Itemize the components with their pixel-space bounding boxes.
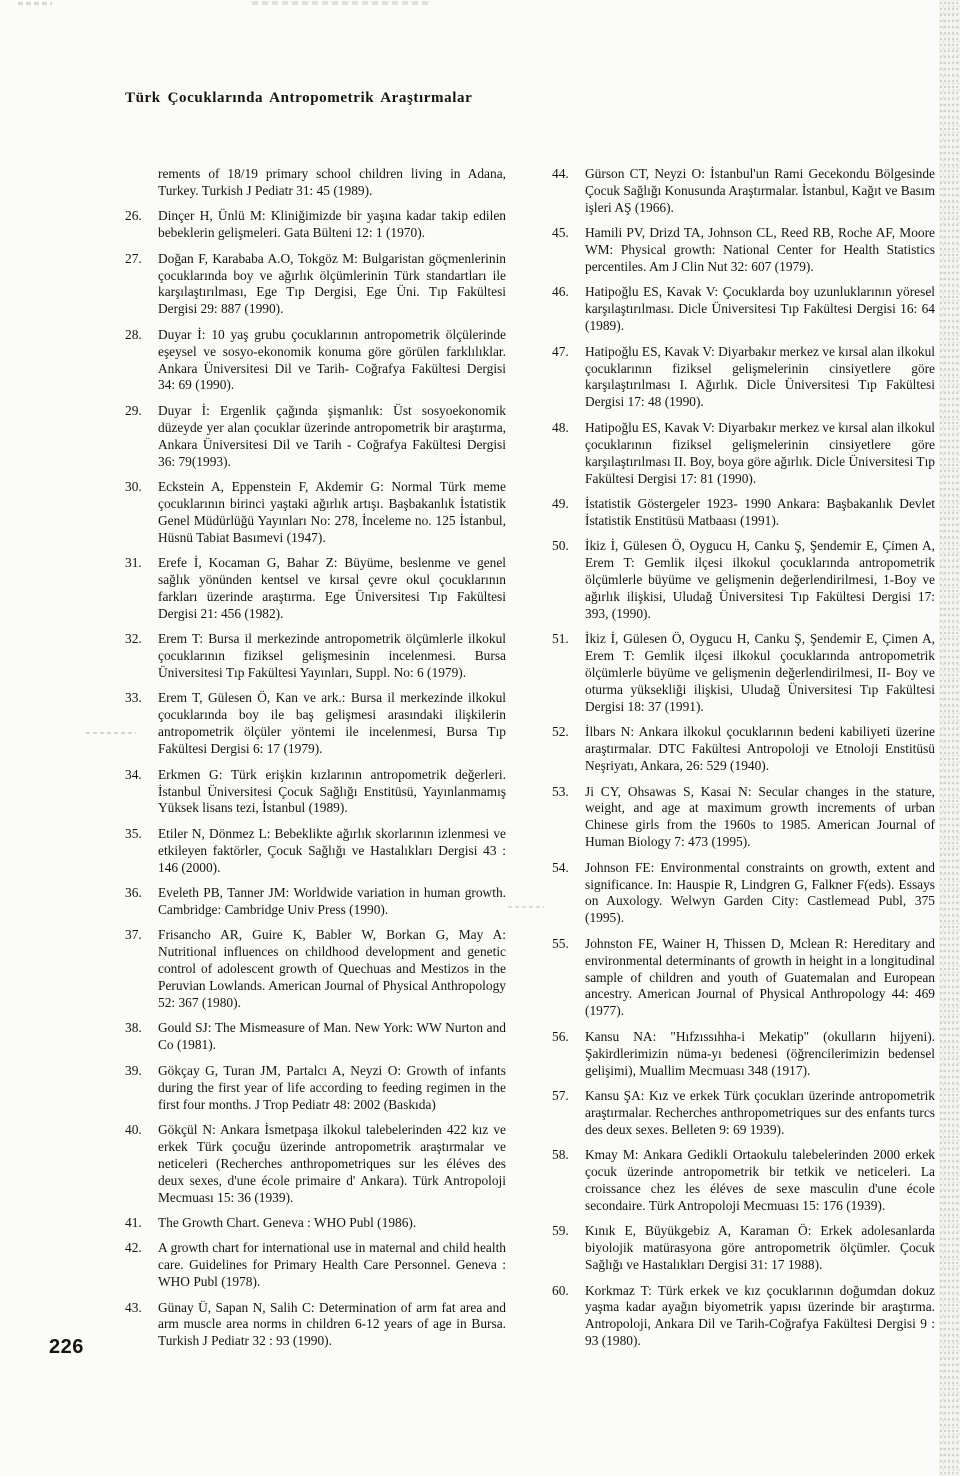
reference-item: 34. Erkmen G: Türk erişkin kızlarının an… <box>125 767 506 818</box>
reference-item: 40. Gökçül N: Ankara İsmetpaşa ilkokul t… <box>125 1122 506 1207</box>
reference-number: 32. <box>125 631 142 648</box>
reference-text: İstatistik Göstergeler 1923- 1990 Ankara… <box>585 496 935 528</box>
page-number: 226 <box>49 1336 84 1359</box>
reference-number: 37. <box>125 927 142 944</box>
reference-text: Johnson FE: Environmental constraints on… <box>585 860 935 926</box>
reference-item: 32. Erem T: Bursa il merkezinde antropom… <box>125 631 506 682</box>
reference-number: 33. <box>125 690 142 707</box>
reference-item: 43. Günay Ü, Sapan N, Salih C: Determina… <box>125 1300 506 1351</box>
reference-text: Gürson CT, Neyzi O: İstanbul'un Rami Gec… <box>585 166 935 215</box>
reference-text: Ji CY, Ohsawas S, Kasai N: Secular chang… <box>585 784 935 850</box>
reference-text: Günay Ü, Sapan N, Salih C: Determination… <box>158 1300 506 1349</box>
reference-number: 40. <box>125 1122 142 1139</box>
reference-item: 56. Kansu NA: "Hıfzıssıhha-i Mekatip" (o… <box>552 1029 935 1080</box>
reference-number: 45. <box>552 225 569 242</box>
reference-item: 30. Eckstein A, Eppenstein F, Akdemir G:… <box>125 479 506 547</box>
reference-number: 36. <box>125 885 142 902</box>
reference-item: 59. Kınık E, Büyükgebiz A, Karaman Ö: Er… <box>552 1223 935 1274</box>
reference-item: 45. Hamili PV, Drizd TA, Johnson CL, Ree… <box>552 225 935 276</box>
reference-text: Duyar İ: 10 yaş grubu çocuklarının antro… <box>158 327 506 393</box>
reference-number: 57. <box>552 1088 569 1105</box>
reference-number: 55. <box>552 936 569 953</box>
reference-item: 46. Hatipoğlu ES, Kavak V: Çocuklarda bo… <box>552 284 935 335</box>
reference-number: 39. <box>125 1063 142 1080</box>
reference-item: 50. İkiz İ, Gülesen Ö, Oygucu H, Canku Ş… <box>552 538 935 623</box>
reference-number: 27. <box>125 251 142 268</box>
reference-item: 41. The Growth Chart. Geneva : WHO Publ … <box>125 1215 506 1232</box>
reference-item: 55. Johnston FE, Wainer H, Thissen D, Mc… <box>552 936 935 1021</box>
reference-text: Kansu NA: "Hıfzıssıhha-i Mekatip" (okull… <box>585 1029 935 1078</box>
reference-item: 26. Dinçer H, Ünlü M: Kliniğimizde bir y… <box>125 208 506 242</box>
reference-number: 54. <box>552 860 569 877</box>
reference-number: 43. <box>125 1300 142 1317</box>
reference-text: Erem T: Bursa il merkezinde antropometri… <box>158 631 506 680</box>
reference-text: Frisancho AR, Guire K, Babler W, Borkan … <box>158 927 506 1010</box>
reference-item: 51. İkiz İ, Gülesen Ö, Oygucu H, Canku Ş… <box>552 631 935 716</box>
reference-text: İlbars N: Ankara ilkokul çocuklarının be… <box>585 724 935 773</box>
reference-item: 39. Gökçay G, Turan JM, Partalcı A, Neyz… <box>125 1063 506 1114</box>
reference-item: 42. A growth chart for international use… <box>125 1240 506 1291</box>
reference-list-right: 44. Gürson CT, Neyzi O: İstanbul'un Rami… <box>552 166 935 1350</box>
reference-number: 30. <box>125 479 142 496</box>
reference-item: 28. Duyar İ: 10 yaş grubu çocuklarının a… <box>125 327 506 395</box>
reference-number: 47. <box>552 344 569 361</box>
reference-number: 29. <box>125 403 142 420</box>
reference-number: 28. <box>125 327 142 344</box>
reference-text: Gökçay G, Turan JM, Partalcı A, Neyzi O:… <box>158 1063 506 1112</box>
reference-text: Erem T, Gülesen Ö, Kan ve ark.: Bursa il… <box>158 690 506 756</box>
reference-text: Kmay M: Ankara Gedikli Ortaokulu talebel… <box>585 1147 935 1213</box>
reference-item: 29. Duyar İ: Ergenlik çağında şişmanlık:… <box>125 403 506 471</box>
reference-text: Erefe İ, Kocaman G, Bahar Z: Büyüme, bes… <box>158 555 506 621</box>
reference-text: Hamili PV, Drizd TA, Johnson CL, Reed RB… <box>585 225 935 274</box>
reference-number: 46. <box>552 284 569 301</box>
reference-number: 59. <box>552 1223 569 1240</box>
reference-item: 36. Eveleth PB, Tanner JM: Worldwide var… <box>125 885 506 919</box>
reference-text: İkiz İ, Gülesen Ö, Oygucu H, Canku Ş, Şe… <box>585 631 935 714</box>
reference-number: 50. <box>552 538 569 555</box>
reference-item: 31. Erefe İ, Kocaman G, Bahar Z: Büyüme,… <box>125 555 506 623</box>
reference-text: Hatipoğlu ES, Kavak V: Çocuklarda boy uz… <box>585 284 935 333</box>
reference-text: Kansu ŞA: Kız ve erkek Türk çocukları üz… <box>585 1088 935 1137</box>
reference-number: 48. <box>552 420 569 437</box>
scan-artifact-center-margin <box>508 906 544 908</box>
reference-text: A growth chart for international use in … <box>158 1240 506 1289</box>
reference-item: 53. Ji CY, Ohsawas S, Kasai N: Secular c… <box>552 784 935 852</box>
reference-item: 27. Doğan F, Karababa A.O, Tokgöz M: Bul… <box>125 251 506 319</box>
reference-continuation: rements of 18/19 primary school children… <box>125 166 506 200</box>
reference-number: 34. <box>125 767 142 784</box>
reference-number: 49. <box>552 496 569 513</box>
references-left-column: rements of 18/19 primary school children… <box>125 166 506 1359</box>
reference-text: Gould SJ: The Mismeasure of Man. New Yor… <box>158 1020 506 1052</box>
reference-number: 42. <box>125 1240 142 1257</box>
reference-item: 52. İlbars N: Ankara ilkokul çocuklarını… <box>552 724 935 775</box>
reference-number: 52. <box>552 724 569 741</box>
reference-item: 48. Hatipoğlu ES, Kavak V: Diyarbakır me… <box>552 420 935 488</box>
reference-text: Korkmaz T: Türk erkek ve kız çocuklarını… <box>585 1283 935 1349</box>
reference-number: 53. <box>552 784 569 801</box>
reference-number: 31. <box>125 555 142 572</box>
scan-noise-right-edge <box>939 0 960 1476</box>
reference-text: Eckstein A, Eppenstein F, Akdemir G: Nor… <box>158 479 506 545</box>
reference-text: Doğan F, Karababa A.O, Tokgöz M: Bulgari… <box>158 251 506 317</box>
reference-text: Hatipoğlu ES, Kavak V: Diyarbakır merkez… <box>585 344 935 410</box>
reference-number: 38. <box>125 1020 142 1037</box>
scan-artifact-top-left <box>18 2 52 5</box>
reference-text: Kınık E, Büyükgebiz A, Karaman Ö: Erkek … <box>585 1223 935 1272</box>
reference-item: 54. Johnson FE: Environmental constraint… <box>552 860 935 928</box>
reference-number: 51. <box>552 631 569 648</box>
reference-text: Etiler N, Dönmez L: Bebeklikte ağırlık s… <box>158 826 506 875</box>
reference-number: 60. <box>552 1283 569 1300</box>
reference-item: 57. Kansu ŞA: Kız ve erkek Türk çocuklar… <box>552 1088 935 1139</box>
scan-artifact-top-center <box>252 1 432 5</box>
reference-number: 44. <box>552 166 569 183</box>
reference-text: Hatipoğlu ES, Kavak V: Diyarbakır merkez… <box>585 420 935 486</box>
reference-number: 58. <box>552 1147 569 1164</box>
reference-number: 41. <box>125 1215 142 1232</box>
reference-number: 35. <box>125 826 142 843</box>
reference-text: Eveleth PB, Tanner JM: Worldwide variati… <box>158 885 506 917</box>
reference-item: 58. Kmay M: Ankara Gedikli Ortaokulu tal… <box>552 1147 935 1215</box>
reference-text: Duyar İ: Ergenlik çağında şişmanlık: Üst… <box>158 403 506 469</box>
reference-item: 47. Hatipoğlu ES, Kavak V: Diyarbakır me… <box>552 344 935 412</box>
reference-item: 49. İstatistik Göstergeler 1923- 1990 An… <box>552 496 935 530</box>
reference-item: 60. Korkmaz T: Türk erkek ve kız çocukla… <box>552 1283 935 1351</box>
reference-item: 33. Erem T, Gülesen Ö, Kan ve ark.: Burs… <box>125 690 506 758</box>
reference-text: The Growth Chart. Geneva : WHO Publ (198… <box>158 1215 416 1230</box>
reference-item: 44. Gürson CT, Neyzi O: İstanbul'un Rami… <box>552 166 935 217</box>
reference-text: Johnston FE, Wainer H, Thissen D, Mclean… <box>585 936 935 1019</box>
reference-text: İkiz İ, Gülesen Ö, Oygucu H, Canku Ş, Şe… <box>585 538 935 621</box>
page-title: Türk Çocuklarında Antropometrik Araştırm… <box>125 90 472 107</box>
reference-item: 35. Etiler N, Dönmez L: Bebeklikte ağırl… <box>125 826 506 877</box>
reference-list-left: 26. Dinçer H, Ünlü M: Kliniğimizde bir y… <box>125 208 506 1350</box>
reference-text: Dinçer H, Ünlü M: Kliniğimizde bir yaşın… <box>158 208 506 240</box>
reference-item: 38. Gould SJ: The Mismeasure of Man. New… <box>125 1020 506 1054</box>
reference-number: 26. <box>125 208 142 225</box>
references-right-column: 44. Gürson CT, Neyzi O: İstanbul'un Rami… <box>552 166 935 1359</box>
reference-number: 56. <box>552 1029 569 1046</box>
reference-text: Erkmen G: Türk erişkin kızlarının antrop… <box>158 767 506 816</box>
document-page: Türk Çocuklarında Antropometrik Araştırm… <box>0 0 960 1476</box>
reference-item: 37. Frisancho AR, Guire K, Babler W, Bor… <box>125 927 506 1012</box>
reference-text: Gökçül N: Ankara İsmetpaşa ilkokul taleb… <box>158 1122 506 1205</box>
